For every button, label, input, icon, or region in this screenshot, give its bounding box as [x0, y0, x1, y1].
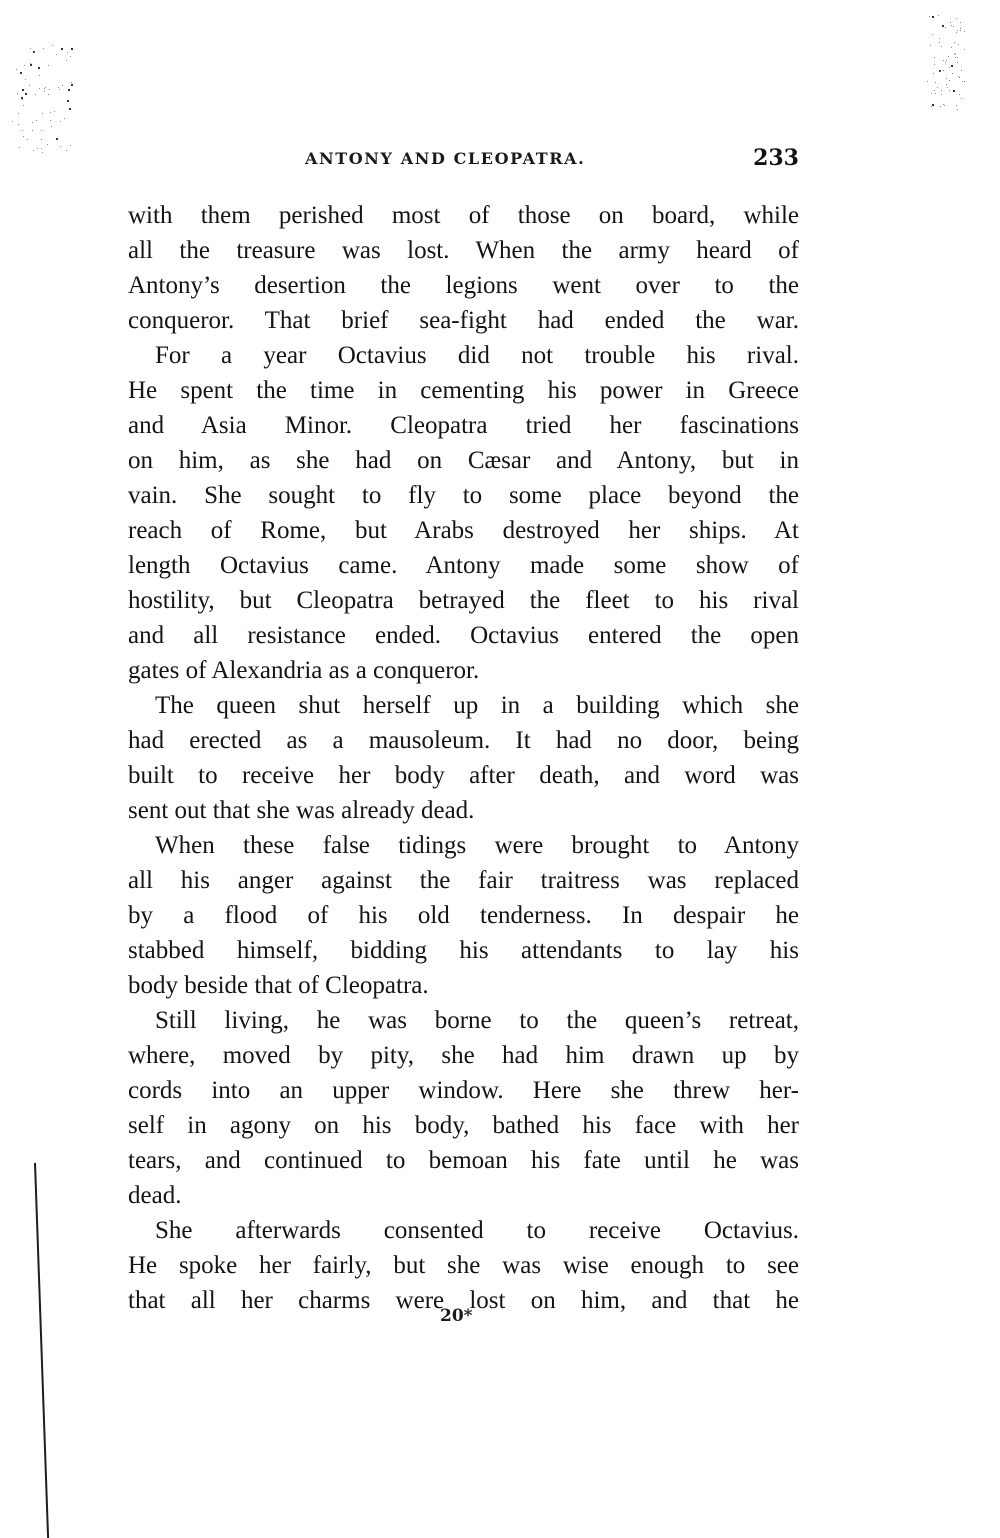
scan-speck — [945, 62, 946, 63]
scan-speck — [954, 54, 955, 55]
scan-speck — [51, 126, 52, 127]
scan-speck — [964, 31, 965, 32]
scan-speck — [12, 121, 13, 122]
scan-speck — [49, 89, 50, 90]
scan-speck — [957, 62, 958, 63]
text-line: He spent the time in cementing his power… — [128, 373, 799, 408]
scan-speck — [942, 25, 944, 27]
scan-speck — [958, 44, 959, 45]
scan-speck — [951, 25, 952, 26]
scan-noise-top-right — [925, 15, 965, 115]
text-line: by a flood of his old tenderness. In des… — [128, 898, 799, 933]
scan-speck — [20, 72, 22, 74]
scan-speck — [931, 93, 932, 94]
scan-speck — [957, 57, 958, 58]
scan-speck — [39, 88, 40, 89]
scan-speck — [957, 109, 958, 110]
scan-speck — [943, 104, 944, 105]
scan-speck — [50, 120, 51, 121]
scan-speck — [45, 87, 46, 88]
text-line: where, moved by pity, she had him drawn … — [128, 1038, 799, 1073]
scan-speck — [939, 38, 940, 39]
scan-speck — [955, 57, 956, 58]
scan-speck — [25, 79, 26, 80]
text-line: tears, and continued to bemoan his fate … — [128, 1143, 799, 1178]
text-line: body beside that of Cleopatra. — [128, 968, 799, 1003]
scan-speck — [44, 91, 45, 92]
scan-speck — [41, 139, 42, 140]
scan-speck — [934, 90, 935, 91]
body-text: with them perished most of those on boar… — [128, 198, 799, 1318]
scan-speck — [959, 94, 960, 95]
text-line: had erected as a mausoleum. It had no do… — [128, 723, 799, 758]
scan-speck — [19, 147, 20, 148]
scan-speck — [961, 70, 962, 71]
scan-speck — [34, 52, 35, 53]
scan-speck — [52, 45, 53, 46]
scan-speck — [953, 90, 955, 92]
scan-speck — [935, 93, 936, 94]
scan-speck — [30, 48, 31, 49]
scan-speck — [70, 145, 71, 146]
scan-speck — [956, 105, 957, 106]
text-line: all the treasure was lost. When the army… — [128, 233, 799, 268]
scan-speck — [32, 122, 33, 123]
text-line: When these false tidings were brought to… — [128, 828, 799, 863]
scan-speck — [941, 46, 942, 47]
scan-speck — [18, 113, 19, 114]
scan-speck — [67, 100, 69, 102]
scan-speck — [30, 64, 32, 66]
text-line: Antony’s desertion the legions went over… — [128, 268, 799, 303]
scan-speck — [66, 60, 67, 61]
scan-speck — [62, 85, 63, 86]
scan-speck — [17, 93, 18, 94]
scan-speck — [48, 65, 49, 66]
scan-speck — [43, 48, 44, 49]
text-line: built to receive her body after death, a… — [128, 758, 799, 793]
scan-speck — [56, 54, 57, 55]
scan-speck — [32, 130, 33, 131]
text-line: The queen shut herself up in a building … — [128, 688, 799, 723]
text-line: reach of Rome, but Arabs destroyed her s… — [128, 513, 799, 548]
text-line: gates of Alexandria as a conqueror. — [128, 653, 799, 688]
scan-speck — [47, 144, 48, 145]
scan-speck — [21, 97, 23, 99]
scan-speck — [939, 42, 940, 43]
scan-speck — [48, 94, 49, 95]
text-line: with them perished most of those on boar… — [128, 198, 799, 233]
scan-speck — [934, 64, 935, 65]
running-head-title: ANTONY AND CLEOPATRA. — [305, 149, 585, 168]
scan-speck — [61, 48, 63, 50]
scan-speck — [943, 60, 944, 61]
scan-speck — [962, 81, 963, 82]
scan-speck — [954, 42, 955, 43]
scan-speck — [68, 89, 70, 91]
scan-speck — [931, 106, 932, 107]
scan-speck — [949, 80, 950, 81]
text-line: self in agony on his body, bathed his fa… — [128, 1108, 799, 1143]
scan-speck — [932, 16, 934, 18]
page-number: 233 — [753, 145, 799, 171]
scan-speck — [960, 28, 961, 29]
scan-speck — [932, 104, 934, 106]
scan-speck — [59, 89, 60, 90]
text-line: dead. — [128, 1178, 799, 1213]
scan-speck — [932, 34, 933, 35]
text-line: and Asia Minor. Cleopatra tried her fasc… — [128, 408, 799, 443]
scan-speck — [69, 108, 71, 110]
scan-speck — [949, 90, 950, 91]
scan-speck — [27, 139, 28, 140]
scan-speck — [959, 77, 960, 78]
scan-speck — [938, 15, 939, 16]
scan-speck — [67, 52, 68, 53]
scan-speck — [66, 150, 67, 151]
scan-speck — [22, 99, 23, 100]
scan-speck — [951, 47, 952, 48]
text-line: He spoke her fairly, but she was wise en… — [128, 1248, 799, 1283]
scan-speck — [37, 148, 38, 149]
scan-speck — [41, 148, 42, 149]
scan-speck — [953, 26, 954, 27]
text-line: For a year Octavius did not trouble his … — [128, 338, 799, 373]
text-line: length Octavius came. Antony made some s… — [128, 548, 799, 583]
scan-speck — [36, 120, 37, 121]
scan-speck — [946, 78, 947, 79]
scan-speck — [946, 60, 947, 61]
scan-speck — [946, 84, 947, 85]
scan-speck — [16, 69, 17, 70]
text-line: conqueror. That brief sea-fight had ende… — [128, 303, 799, 338]
scan-speck — [22, 130, 23, 131]
scan-speck — [71, 48, 73, 50]
scan-speck — [25, 93, 27, 95]
scan-speck — [71, 82, 72, 83]
running-head: ANTONY AND CLEOPATRA. 233 — [305, 145, 799, 175]
text-line: Still living, he was borne to the queen’… — [128, 1003, 799, 1038]
scan-speck — [35, 94, 36, 95]
scan-speck — [930, 45, 931, 46]
scan-speck — [957, 30, 958, 31]
scan-speck — [961, 98, 962, 99]
text-line: She afterwards consented to receive Octa… — [128, 1213, 799, 1248]
scan-speck — [927, 81, 928, 82]
text-line: sent out that she was already dead. — [128, 793, 799, 828]
scan-speck — [947, 87, 948, 88]
scan-speck — [60, 146, 61, 147]
text-line: on him, as she had on Cæsar and Antony, … — [128, 443, 799, 478]
scan-speck — [937, 87, 938, 88]
scan-speck — [70, 56, 71, 57]
scan-speck — [64, 118, 65, 119]
scan-speck — [18, 124, 19, 125]
scan-speck — [58, 87, 59, 88]
scan-noise-top-left — [12, 45, 72, 155]
scan-speck — [50, 112, 51, 113]
scan-speck — [71, 84, 73, 86]
scan-speck — [949, 67, 950, 68]
scan-speck — [955, 53, 956, 54]
scan-speck — [952, 73, 953, 74]
scan-speck — [960, 22, 961, 23]
scan-speck — [33, 150, 34, 151]
scan-speck — [956, 32, 957, 33]
scan-speck — [964, 49, 965, 50]
scan-speck — [24, 65, 25, 66]
scanned-book-page: ANTONY AND CLEOPATRA. 233 with them peri… — [0, 0, 1000, 1538]
scan-speck — [960, 30, 961, 31]
text-line: hostility, but Cleopatra betrayed the fl… — [128, 583, 799, 618]
scan-speck — [940, 71, 941, 72]
scan-speck — [39, 75, 40, 76]
scan-speck — [42, 152, 43, 153]
scan-speck — [23, 136, 24, 137]
text-line: vain. She sought to fly to some place be… — [128, 478, 799, 513]
scan-speck — [940, 106, 941, 107]
scan-speck — [56, 138, 58, 140]
text-line: and all resistance ended. Octavius enter… — [128, 618, 799, 653]
scan-speck — [934, 57, 935, 58]
scan-speck — [54, 111, 55, 112]
page-edge-line — [34, 1163, 49, 1538]
scan-speck — [29, 85, 30, 86]
scan-speck — [950, 22, 951, 23]
scan-speck — [44, 88, 45, 89]
scan-speck — [23, 105, 24, 106]
text-line: all his anger against the fair traitress… — [128, 863, 799, 898]
scan-speck — [948, 56, 949, 57]
scan-speck — [935, 82, 936, 83]
text-line: stabbed himself, bidding his attendants … — [128, 933, 799, 968]
scan-speck — [945, 27, 946, 28]
signature-mark: 20* — [440, 1306, 473, 1326]
scan-speck — [951, 65, 953, 67]
scan-speck — [941, 94, 942, 95]
scan-speck — [42, 113, 43, 114]
scan-speck — [60, 121, 61, 122]
scan-speck — [41, 130, 42, 131]
text-line: cords into an upper window. Here she thr… — [128, 1073, 799, 1108]
scan-speck — [956, 18, 957, 19]
scan-speck — [944, 105, 945, 106]
scan-speck — [933, 73, 934, 74]
scan-speck — [943, 70, 944, 71]
scan-speck — [22, 89, 24, 91]
scan-speck — [38, 67, 40, 69]
scan-speck — [941, 90, 942, 91]
scan-speck — [964, 81, 965, 82]
scan-speck — [929, 16, 930, 17]
